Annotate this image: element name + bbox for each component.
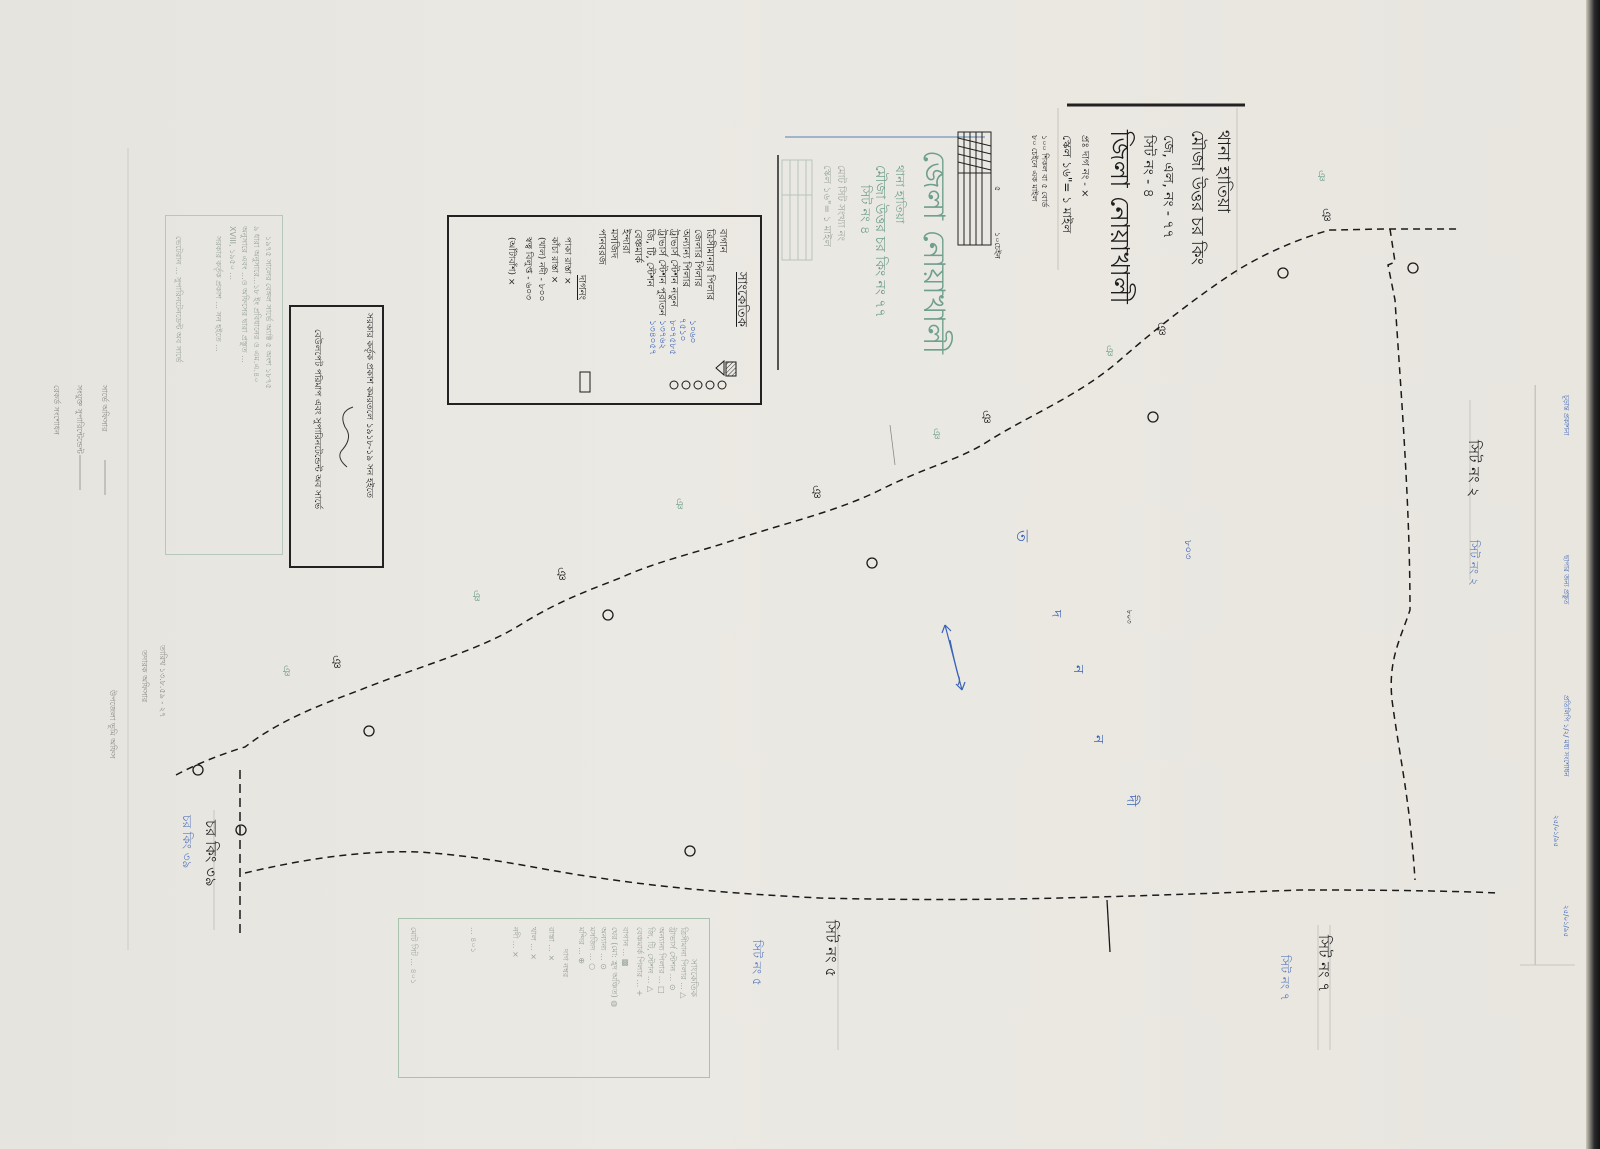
river-letter: ন xyxy=(1086,735,1110,743)
neighbor-sheet-2: সিট নং ২ xyxy=(1460,440,1485,497)
grass-symbol: ঞ xyxy=(324,655,345,669)
pencil-note: রেকর্ড সংশোধন xyxy=(49,385,62,435)
grass-symbol: ঞ xyxy=(549,567,570,581)
pencil-note: উপজেলা ভূমি অফিস xyxy=(105,690,118,758)
green-legend-item: বেঞ্চমার্ক পিলার ... + xyxy=(632,927,645,996)
title-scale: স্কেল ১৬"= ১ মাইল xyxy=(1055,135,1075,233)
river-letter: ন xyxy=(1066,665,1090,673)
neighbor-sheet-7: সিট নং ৭ xyxy=(1310,935,1335,992)
stamp-line: ভেটেরান ... সুপারিনটেনডেন্ট অব সার্ভে xyxy=(171,236,184,362)
scale-label-mid: ৫ xyxy=(990,186,1003,191)
neighbor-sheet-2-blue: সিট নং ২ xyxy=(1462,540,1482,586)
stamp-line: অনুসারে এবং ...ও অফিসের দ্বারা প্রস্তুত … xyxy=(237,226,250,363)
title-scale-note-2: ৮০ চেইনে এক মাইল xyxy=(1027,135,1040,201)
legend-plot-item: (আঁটাবাঁশ) × xyxy=(504,237,519,285)
stamp-line: ৯ ধারা অনুসারে...১৮ ইং প্রবিধানের ও এম.এ… xyxy=(249,226,262,382)
stamp-box: ১৯৭৫ সালের বেঙ্গল সার্ভে অ্যাক্ট ৫ অংশ ১… xyxy=(165,215,283,555)
side-annotation-panel: ২৫/০১/৯৫ ২৫/০১/৯৫ প্রতিলিপি ১/২/ মধ্য সং… xyxy=(1535,385,1576,965)
green-faded-2: স্কেল ১৬"= ১ মাইল xyxy=(817,165,834,247)
pencil-note: সার্ভে অফিসার xyxy=(97,385,110,431)
mouza-map-drawing xyxy=(0,0,1600,1149)
grass-symbol: ঞ xyxy=(1149,322,1170,336)
title-mouza: মৌজা উত্তর চর কিং xyxy=(1184,130,1210,265)
neighbor-sheet-7-blue: সিট নং ৭ xyxy=(1273,955,1293,1001)
grass-symbol: ঞ xyxy=(974,410,995,424)
stamp-line: XVIII, ১৯৫০ ... xyxy=(225,226,238,280)
legend-item: পানবরজ xyxy=(592,229,609,265)
neighbor-sheet-5: সিট নং ৫ xyxy=(817,920,842,977)
legend-box: সাংকেতিক বাগান ত্রিসীমানার পিলার জেলার প… xyxy=(447,215,762,405)
certificate-line-1: সরকার কর্তৃক প্রকাশ কমরতলে ১৯১৮-১৯ সন হই… xyxy=(362,313,377,498)
legend-plot-item: (খাল) নদী - ৮০০ xyxy=(534,237,549,301)
pencil-note: তারিখ ১৩.৮.৫৯ - ২৭ xyxy=(155,645,168,717)
certificate-line-2: বেউলপেট পরিমাপ এবং সুপারিনটেন্ডেন্ট অব স… xyxy=(310,329,325,509)
river-letter: দ xyxy=(1044,610,1068,617)
grass-symbol-blue: ঞ xyxy=(466,590,485,602)
green-legend-item: ... ৪০১ xyxy=(466,927,479,953)
certificate-box: সরকার কর্তৃক প্রকাশ কমরতলে ১৯১৮-১৯ সন হই… xyxy=(289,305,384,568)
green-legend-box: সাংকেতিক ত্রিসীমানা পিলার ... △ ট্রাভার্… xyxy=(398,918,710,1078)
river-letter: ত xyxy=(1008,530,1035,542)
green-legend-item: মন্দির ... ⊕ xyxy=(574,927,587,964)
grass-symbol-blue: ঞ xyxy=(669,498,688,510)
green-sheet: সিট নং ৪ xyxy=(853,185,874,234)
legend-plot-item: পাকা রাস্তা × xyxy=(560,237,575,285)
title-thana: থানা হাতিয়া xyxy=(1210,130,1236,213)
pencil-note: সংযুক্ত সুপারিন্টেন্ডেন্ট xyxy=(72,385,85,454)
grass-symbol: ঞ xyxy=(804,485,825,499)
scale-bar xyxy=(958,132,991,245)
legend-plot-item: স্বত্ব বিলুপ্ত - ৬০৩ xyxy=(521,237,536,300)
stamp-line: ১৯৭৫ সালের বেঙ্গল সার্ভে অ্যাক্ট ৫ অংশ ১… xyxy=(261,236,274,389)
plot-number-small: ৮০৩ xyxy=(1123,610,1135,624)
grass-symbol-blue: ঞ xyxy=(1311,170,1330,182)
side-annotation: চূড়ান্ত প্রকাশনা xyxy=(1560,395,1572,435)
title-district: জিলা নোয়াখালী xyxy=(1096,130,1140,304)
neighbor-chor-king-blue: চর কিং ৩৯ xyxy=(175,815,195,868)
green-district: জেলা নোয়াখালী xyxy=(907,150,958,354)
legend-item: বাগান xyxy=(716,229,729,253)
legend-plot-item: কাঁচা রাস্তা × xyxy=(547,237,562,283)
stamp-line: সরকার কর্তৃক প্রকাশ ... সন হইতে ... xyxy=(211,236,224,352)
handwritten-note: ১৩৪০৫৭ xyxy=(645,320,660,355)
plot-number: ৮০৩ xyxy=(1178,540,1195,560)
side-annotation: ২৫/০১/৯৫ xyxy=(1550,815,1562,847)
grass-symbol-blue: ঞ xyxy=(1099,345,1118,357)
signature xyxy=(333,402,363,472)
legend-heading: সাংকেতিক xyxy=(730,272,751,327)
title-plot-note: প্রঃ দাগ নং - × xyxy=(1075,135,1092,197)
river-letter: দী xyxy=(1119,795,1143,806)
green-legend-item: নদী ... × xyxy=(508,927,521,958)
side-annotation: ছাপার জন্য প্রস্তুত xyxy=(1560,555,1572,604)
pencil-note: তদারক অফিসার xyxy=(137,650,150,702)
scale-label-end: ১০চেইন xyxy=(990,232,1003,259)
side-annotation: ২৫/০১/৯৫ xyxy=(1560,905,1572,937)
green-legend-item: দাগ নম্বর xyxy=(558,949,571,977)
neighbor-sheet-5-blue: সিট নং ৫ xyxy=(745,940,765,986)
grass-symbol-blue: ঞ xyxy=(926,428,945,440)
neighbor-chor-king: চর কিং ৩৯ xyxy=(197,820,222,887)
green-legend-item: রাস্তা ... × xyxy=(544,927,557,961)
grass-symbol: ঞ xyxy=(1314,208,1335,222)
green-legend-item: খাল ... × xyxy=(526,927,539,960)
green-legend-item: মোট সিট ... ৪০১ xyxy=(406,927,419,984)
side-annotation: প্রতিলিপি ১/২/ মধ্য সংশোধন xyxy=(1560,695,1572,777)
grass-symbol-blue: ঞ xyxy=(276,665,295,677)
